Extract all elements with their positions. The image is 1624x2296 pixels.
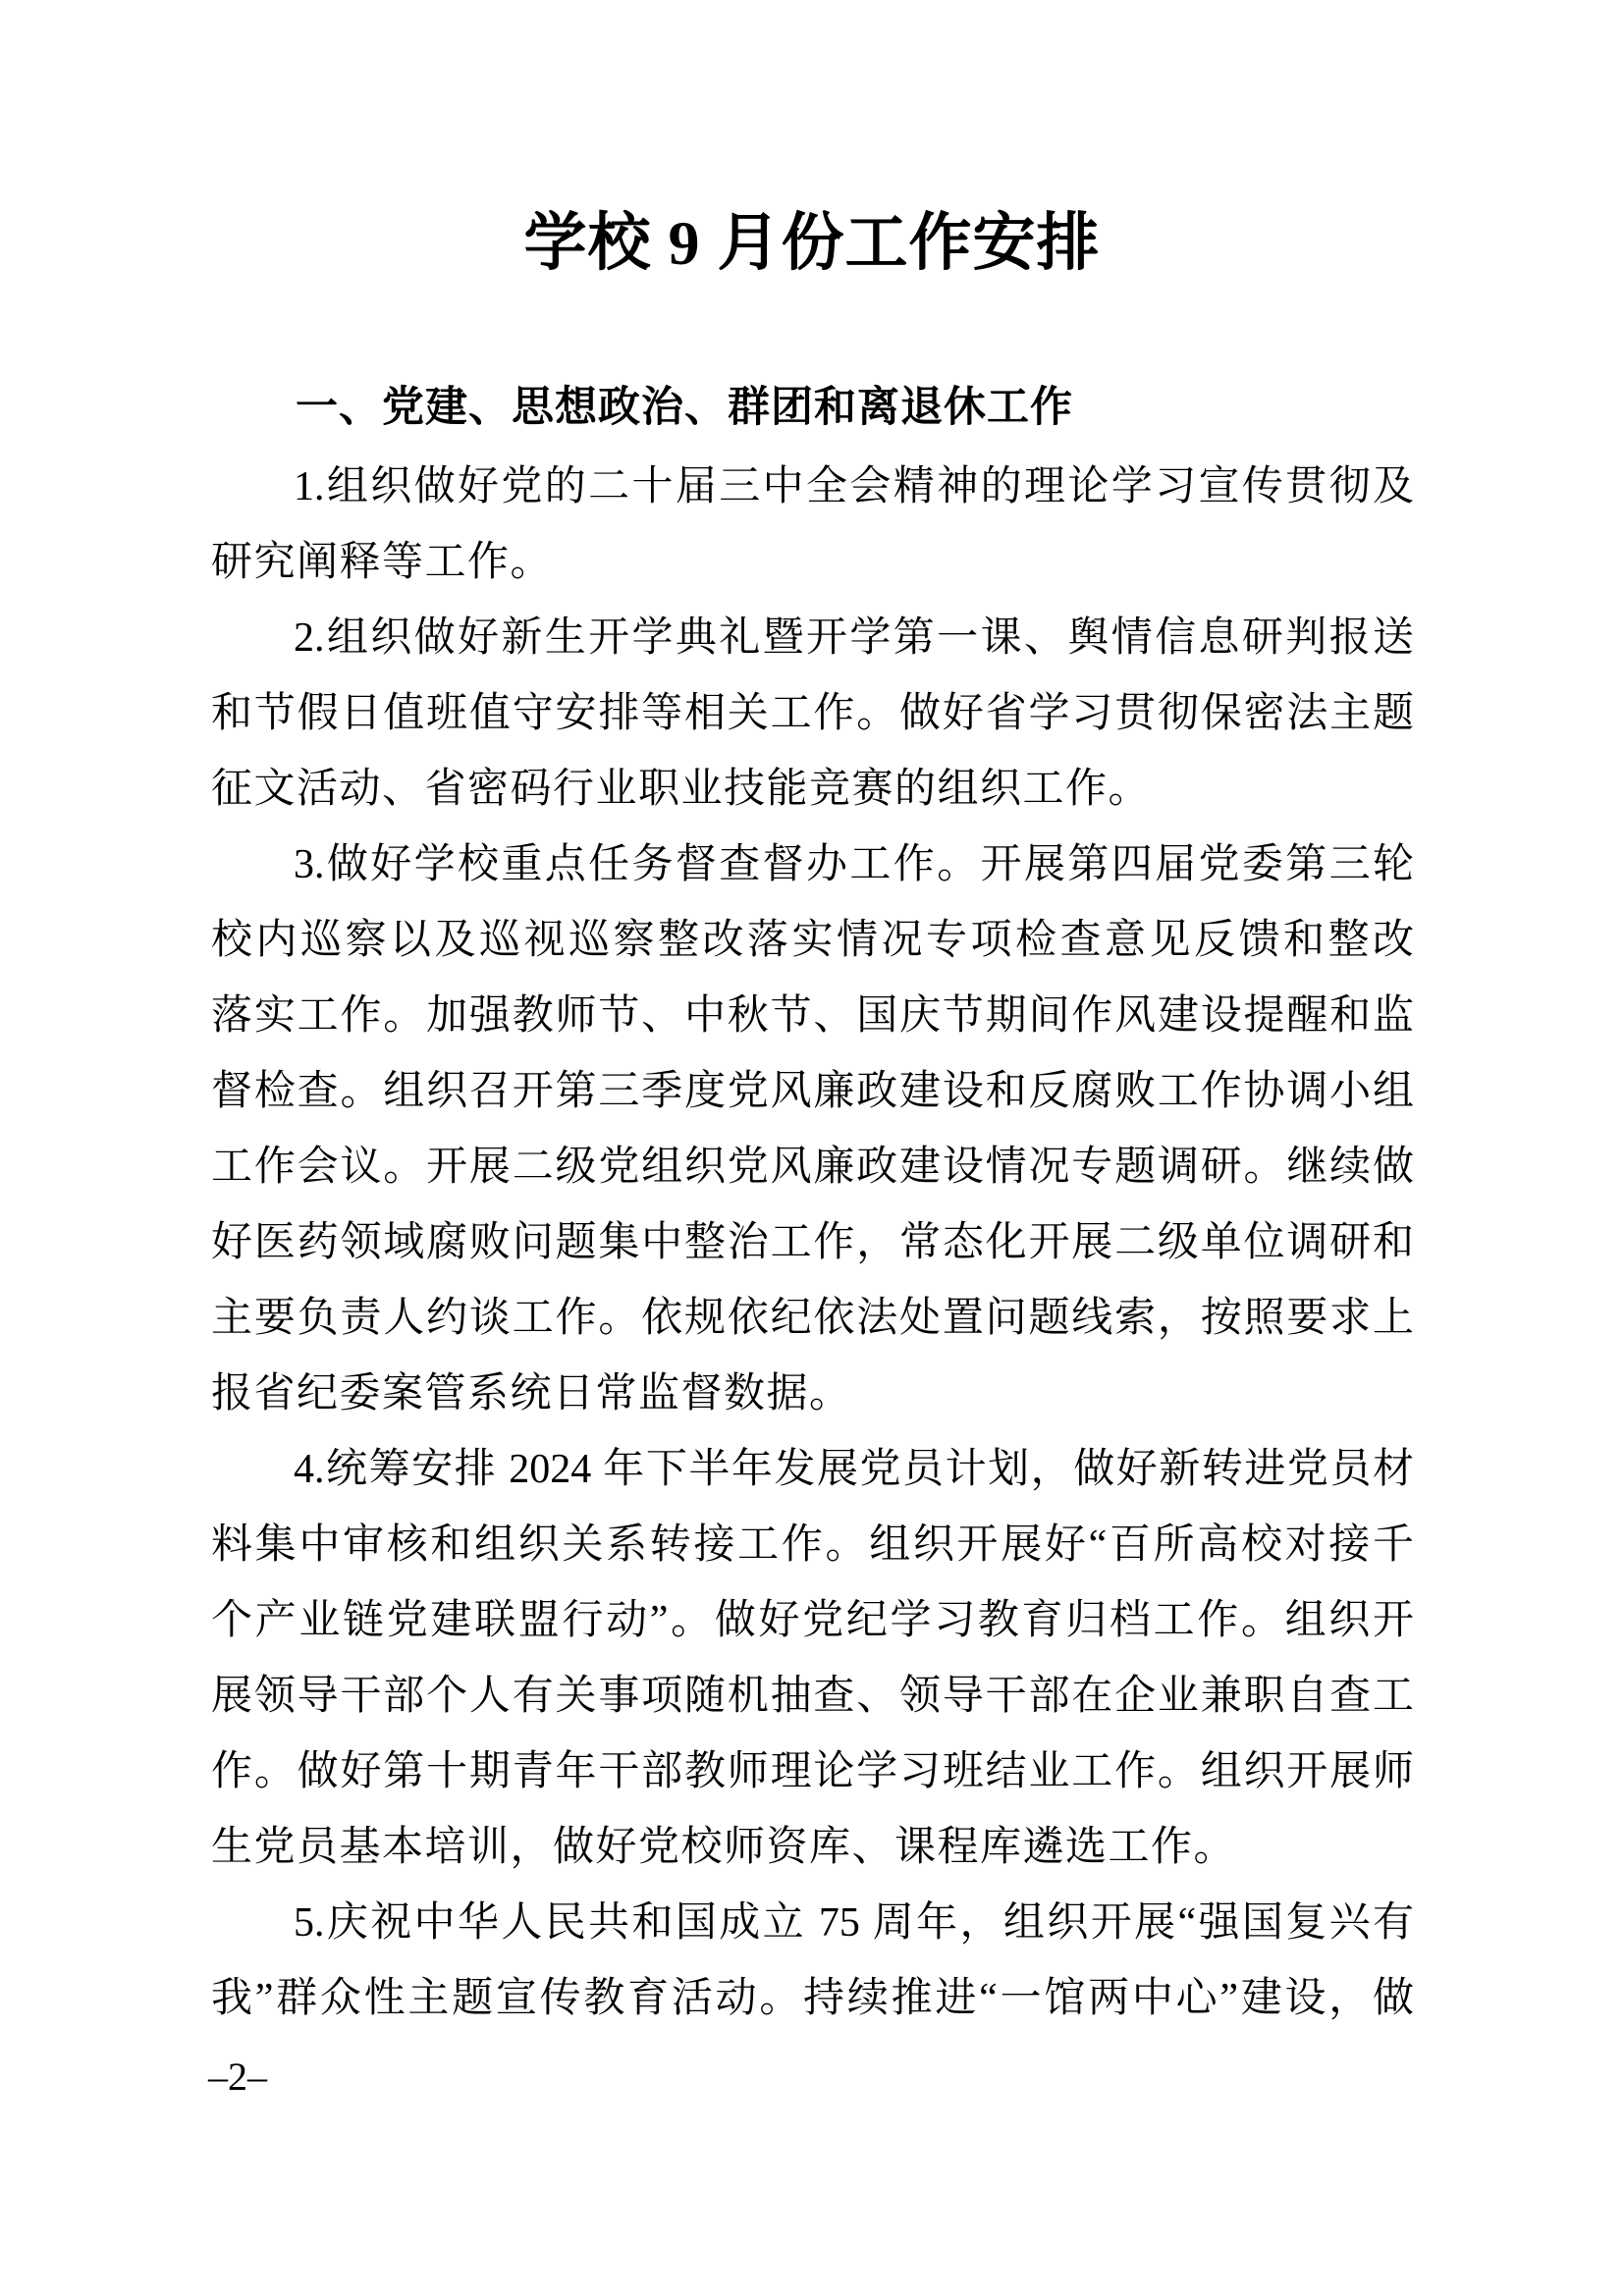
text-line: 料集中审核和组织关系转接工作。组织开展好“百所高校对接千 <box>211 1508 1414 1583</box>
text-line: 我”群众性主题宣传教育活动。持续推进“一馆两中心”建设，做 <box>211 1961 1414 2037</box>
paragraph-4: 4.统筹安排 2024 年下半年发展党员计划，做好新转进党员材 料集中审核和组织… <box>211 1432 1414 1886</box>
text-line: 督检查。组织召开第三季度党风廉政建设和反腐败工作协调小组 <box>211 1054 1414 1130</box>
paragraph-2: 2.组织做好新生开学典礼暨开学第一课、舆情信息研判报送 和节假日值班值守安排等相… <box>211 601 1414 828</box>
text-line: 工作会议。开展二级党组织党风廉政建设情况专题调研。继续做 <box>211 1130 1414 1205</box>
paragraph-1: 1.组织做好党的二十届三中全会精神的理论学习宣传贯彻及 研究阐释等工作。 <box>211 450 1414 601</box>
paragraph-3: 3.做好学校重点任务督查督办工作。开展第四届党委第三轮 校内巡察以及巡视巡察整改… <box>211 828 1414 1432</box>
text-line: 好医药领域腐败问题集中整治工作，常态化开展二级单位调研和 <box>211 1205 1414 1281</box>
text-line: 3.做好学校重点任务督查督办工作。开展第四届党委第三轮 <box>211 828 1414 903</box>
text-line: 校内巡察以及巡视巡察整改落实情况专项检查意见反馈和整改 <box>211 903 1414 979</box>
section-heading: 一、党建、思想政治、群团和离退休工作 <box>211 383 1414 434</box>
text-line: 2.组织做好新生开学典礼暨开学第一课、舆情信息研判报送 <box>211 601 1414 676</box>
text-line: 1.组织做好党的二十届三中全会精神的理论学习宣传贯彻及 <box>211 450 1414 525</box>
text-line: 4.统筹安排 2024 年下半年发展党员计划，做好新转进党员材 <box>211 1432 1414 1508</box>
text-line: 落实工作。加强教师节、中秋节、国庆节期间作风建设提醒和监 <box>211 979 1414 1054</box>
text-line: 个产业链党建联盟行动”。做好党纪学习教育归档工作。组织开 <box>211 1583 1414 1659</box>
text-line: 主要负责人约谈工作。依规依纪依法处置问题线索，按照要求上 <box>211 1281 1414 1357</box>
paragraph-5: 5.庆祝中华人民共和国成立 75 周年，组织开展“强国复兴有 我”群众性主题宣传… <box>211 1886 1414 2037</box>
text-line: 作。做好第十期青年干部教师理论学习班结业工作。组织开展师 <box>211 1735 1414 1810</box>
document-title: 学校 9 月份工作安排 <box>0 192 1624 283</box>
text-line: 征文活动、省密码行业职业技能竞赛的组织工作。 <box>211 752 1414 828</box>
text-line: 和节假日值班值守安排等相关工作。做好省学习贯彻保密法主题 <box>211 676 1414 752</box>
text-line: 展领导干部个人有关事项随机抽查、领导干部在企业兼职自查工 <box>211 1659 1414 1735</box>
text-line: 5.庆祝中华人民共和国成立 75 周年，组织开展“强国复兴有 <box>211 1886 1414 1961</box>
text-line: 研究阐释等工作。 <box>211 525 1414 601</box>
page-number: –2– <box>208 2048 267 2107</box>
document-page: 学校 9 月份工作安排 一、党建、思想政治、群团和离退休工作 1.组织做好党的二… <box>0 0 1624 2296</box>
text-line: 生党员基本培训，做好党校师资库、课程库遴选工作。 <box>211 1810 1414 1886</box>
text-line: 报省纪委案管系统日常监督数据。 <box>211 1357 1414 1432</box>
document-body: 1.组织做好党的二十届三中全会精神的理论学习宣传贯彻及 研究阐释等工作。 2.组… <box>211 450 1414 2037</box>
